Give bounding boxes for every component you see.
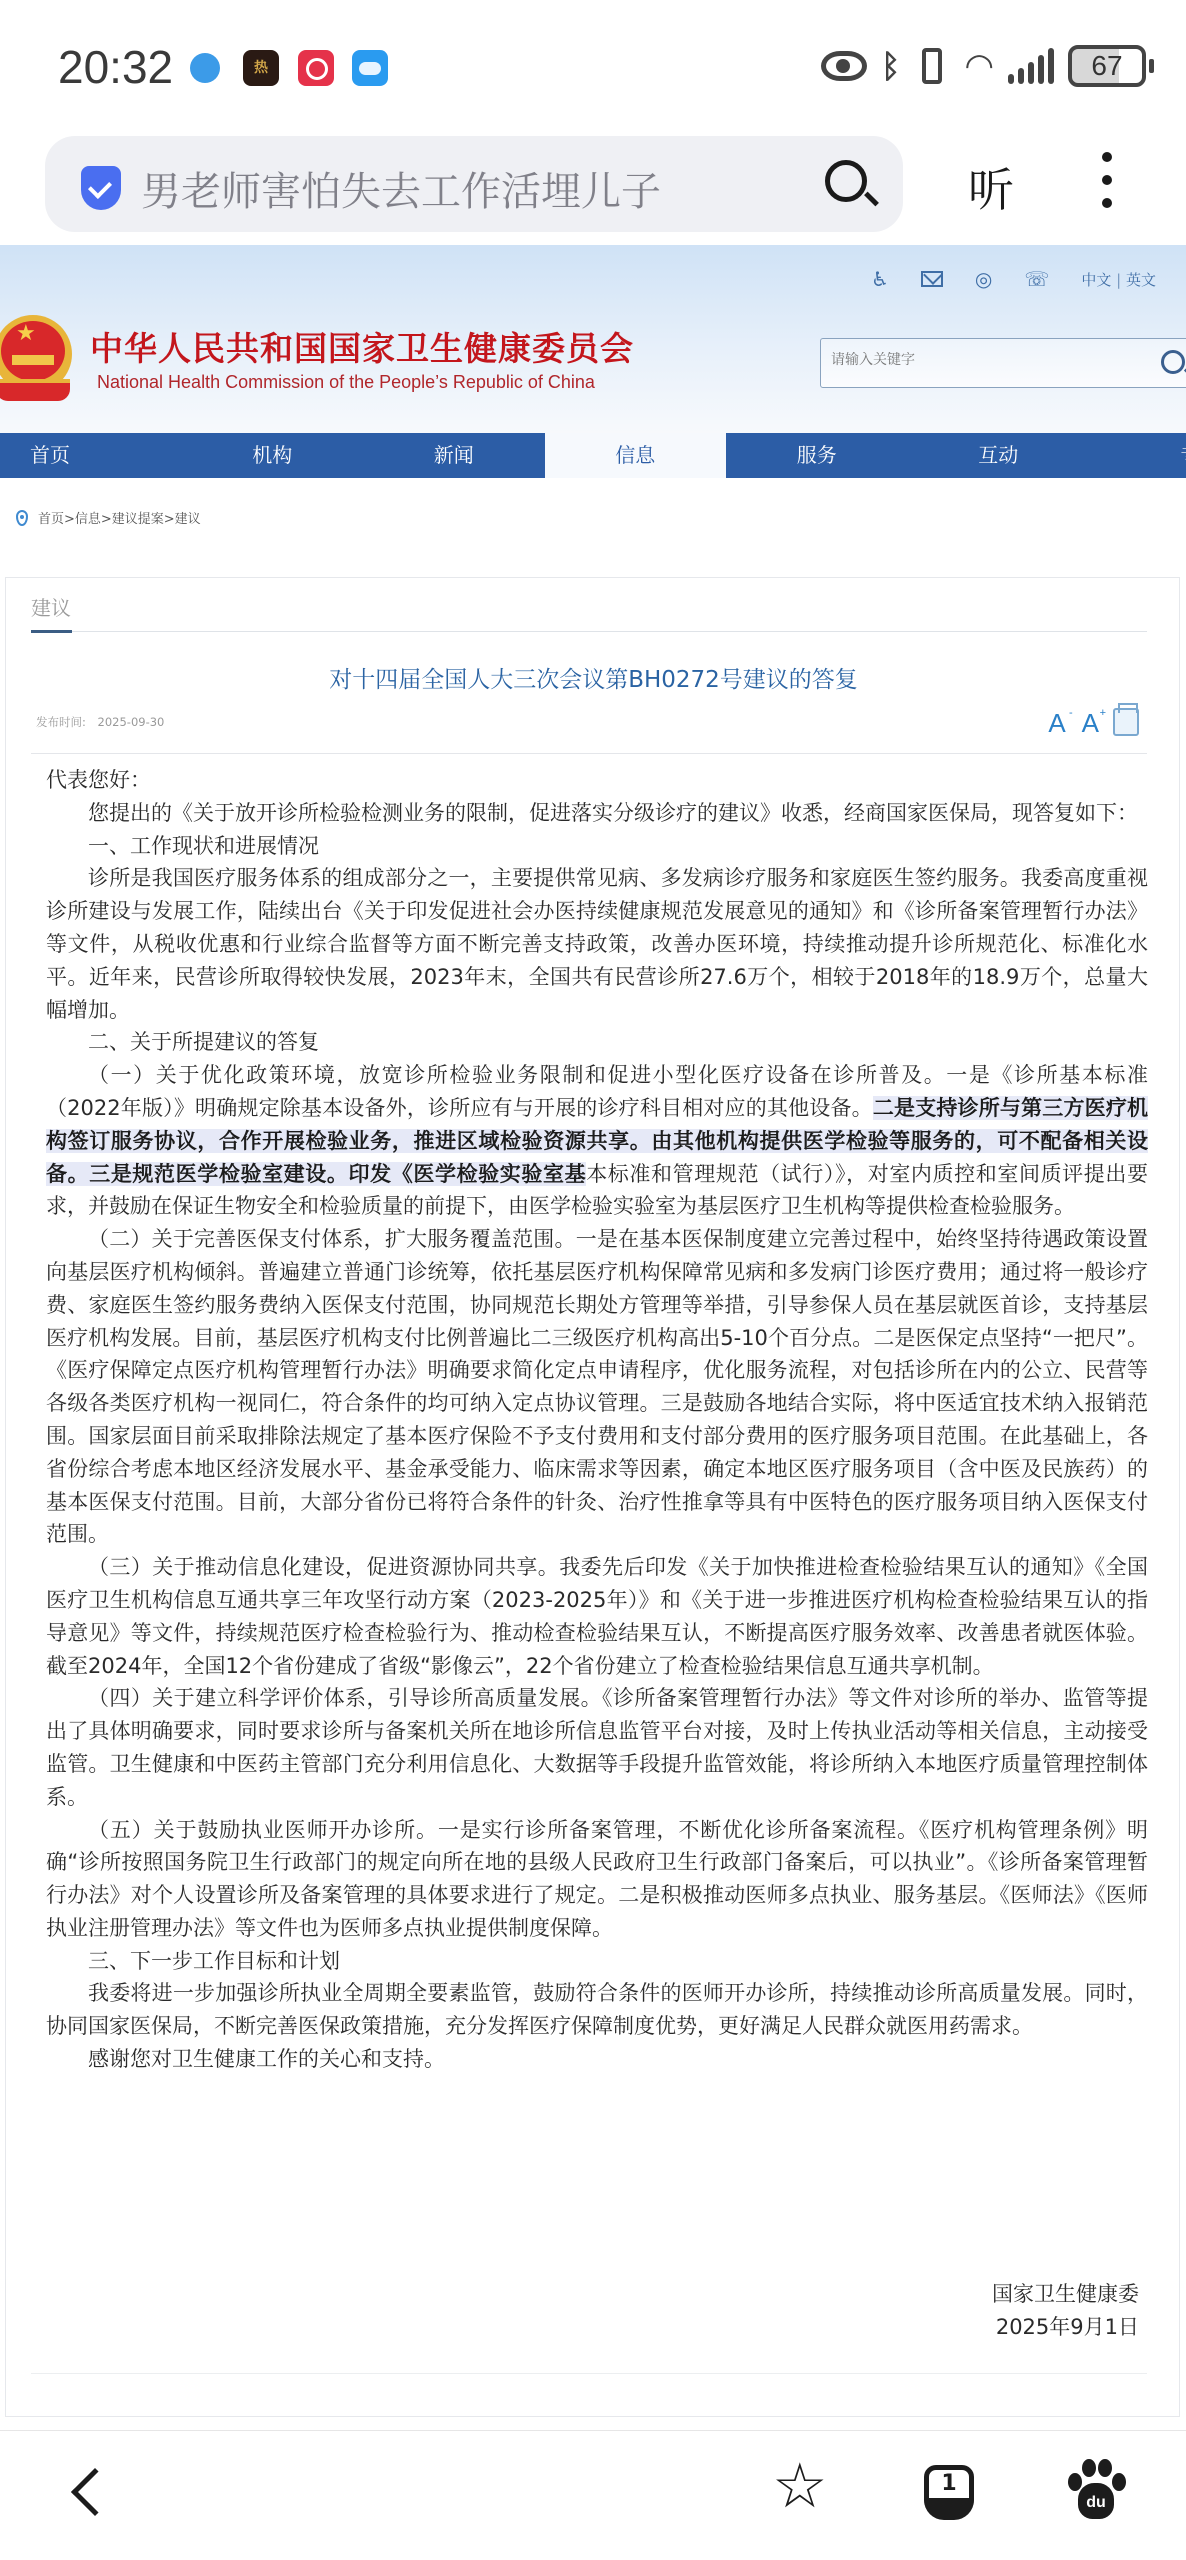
nav-interaction[interactable]: 互动	[908, 433, 1090, 478]
nav-home[interactable]: 首页	[0, 433, 182, 478]
cloud-app-icon	[352, 50, 388, 86]
site-header: ♿ ◎ ☏ 中文 | 英文 ★ 中华人民共和国国家卫生健康委员会 Nationa…	[0, 245, 1186, 433]
nav-news[interactable]: 新闻	[363, 433, 545, 478]
game-app-icon: 热	[243, 50, 279, 86]
status-time: 20:32	[58, 40, 173, 94]
bluetooth-icon: ᛒ	[881, 47, 900, 85]
heading-section-1: 一、工作现状和进展情况	[46, 830, 1148, 863]
baidu-paw-icon[interactable]: du	[1064, 2459, 1128, 2523]
signature-date: 2025年9月1日	[992, 2311, 1139, 2344]
address-search-bar[interactable]: 男老师害怕失去工作活埋儿子	[45, 136, 903, 232]
red-app-icon	[298, 50, 334, 86]
signature-org: 国家卫生健康委	[992, 2278, 1139, 2311]
section-tab-underline	[31, 630, 72, 633]
more-menu-icon[interactable]	[1100, 152, 1114, 212]
paragraph-status: 诊所是我国医疗服务体系的组成部分之一，主要提供常见病、多发病诊疗服务和家庭医生签…	[46, 862, 1148, 1026]
article-title: 对十四届全国人大三次会议第BH0272号建议的答复	[6, 661, 1181, 694]
meta-divider	[31, 753, 1147, 754]
accessibility-icon[interactable]: ♿	[871, 267, 889, 291]
section-tab-suggestion[interactable]: 建议	[31, 592, 71, 621]
listen-button[interactable]: 听	[968, 154, 1014, 220]
vibrate-icon	[922, 48, 942, 84]
signal-icon	[1008, 48, 1054, 84]
site-title-chinese[interactable]: 中华人民共和国国家卫生健康委员会	[90, 323, 634, 370]
mail-icon[interactable]	[921, 271, 943, 287]
back-icon[interactable]	[71, 2468, 119, 2516]
tabs-icon[interactable]: 1	[924, 2465, 974, 2519]
lang-english-link[interactable]: 英文	[1126, 271, 1156, 289]
status-icons: ᛒ ◠ 67	[821, 44, 1146, 88]
heading-section-2: 二、关于所提建议的答复	[46, 1026, 1148, 1059]
breadcrumb: 首页>信息>建议提案>建议	[16, 508, 201, 527]
browser-bottom-bar: ☆ 1 du	[0, 2430, 1186, 2560]
shield-check-icon	[81, 166, 121, 210]
eye-comfort-icon	[821, 51, 867, 81]
network-app-icon	[190, 53, 220, 83]
paragraph-thanks: 感谢您对卫生健康工作的关心和支持。	[46, 2043, 1148, 2076]
signature: 国家卫生健康委 2025年9月1日	[992, 2278, 1139, 2344]
wifi-icon: ◠	[964, 46, 994, 86]
favorite-star-icon[interactable]: ☆	[772, 2455, 828, 2517]
paragraph-intro: 您提出的《关于放开诊所检验检测业务的限制，促进落实分级诊疗的建议》收悉，经商国家…	[46, 797, 1148, 830]
search-icon[interactable]	[825, 160, 867, 202]
lang-separator: |	[1116, 271, 1121, 289]
paragraph-informatization: （三）关于推动信息化建设，促进资源协同共享。我委先后印发《关于加快推进检查检验结…	[46, 1551, 1148, 1682]
paragraph-evaluation: （四）关于建立科学评价体系，引导诊所高质量发展。《诊所备案管理暂行办法》等文件对…	[46, 1682, 1148, 1813]
main-nav: 首页 机构 新闻 信息 服务 互动 专题	[0, 433, 1186, 478]
article-end-divider	[31, 2373, 1147, 2374]
font-increase-button[interactable]: A+	[1082, 710, 1099, 736]
font-decrease-button[interactable]: A-	[1048, 710, 1065, 736]
search-query-text[interactable]: 男老师害怕失去工作活埋儿子	[141, 160, 661, 217]
lang-chinese-link[interactable]: 中文	[1081, 271, 1111, 289]
nav-information[interactable]: 信息	[545, 433, 727, 478]
paragraph-next-steps: 我委将进一步加强诊所执业全周期全要素监管，鼓励符合条件的医师开办诊所，持续推动诊…	[46, 1977, 1148, 2043]
wechat-icon[interactable]: ☏	[1024, 267, 1049, 291]
heading-section-3: 三、下一步工作目标和计划	[46, 1945, 1148, 1978]
nav-services[interactable]: 服务	[726, 433, 908, 478]
site-search-icon[interactable]	[1161, 350, 1185, 374]
paragraph-insurance: （二）关于完善医保支付体系，扩大服务覆盖范围。一是在基本医保制度建立完善过程中，…	[46, 1223, 1148, 1551]
print-icon[interactable]	[1113, 708, 1139, 736]
battery-icon: 67	[1068, 45, 1146, 87]
breadcrumb-path[interactable]: 首页>信息>建议提案>建议	[38, 508, 201, 527]
status-bar: 20:32 热 ᛒ ◠ 67	[0, 0, 1186, 130]
location-pin-icon	[16, 510, 28, 526]
site-search-box[interactable]	[820, 338, 1186, 388]
article-tools: A- A+	[1048, 708, 1139, 736]
publish-label: 发布时间:	[36, 715, 86, 729]
browser-toolbar: 男老师害怕失去工作活埋儿子 听	[0, 130, 1186, 245]
weibo-icon[interactable]: ◎	[975, 267, 992, 291]
article-card: 建议 对十四届全国人大三次会议第BH0272号建议的答复 发布时间: 2025-…	[5, 577, 1180, 2417]
header-tool-links: ♿ ◎ ☏ 中文 | 英文	[871, 267, 1156, 291]
site-title-english: National Health Commission of the People…	[97, 372, 595, 393]
national-emblem-logo[interactable]: ★	[0, 315, 74, 405]
section-divider	[31, 631, 1147, 632]
paragraph-policy: （一）关于优化政策环境，放宽诊所检验业务限制和促进小型化医疗设备在诊所普及。一是…	[46, 1059, 1148, 1223]
article-body: 代表您好： 您提出的《关于放开诊所检验检测业务的限制，促进落实分级诊疗的建议》收…	[46, 764, 1148, 2076]
site-search-input[interactable]	[831, 352, 1131, 368]
publish-date: 2025-09-30	[98, 715, 165, 729]
greeting: 代表您好：	[46, 764, 1148, 797]
publish-meta: 发布时间: 2025-09-30	[36, 714, 164, 730]
nav-organization[interactable]: 机构	[182, 433, 364, 478]
nav-topics[interactable]: 专题	[1089, 433, 1186, 478]
paragraph-physicians: （五）关于鼓励执业医师开办诊所。一是实行诊所备案管理，不断优化诊所备案流程。《医…	[46, 1814, 1148, 1945]
